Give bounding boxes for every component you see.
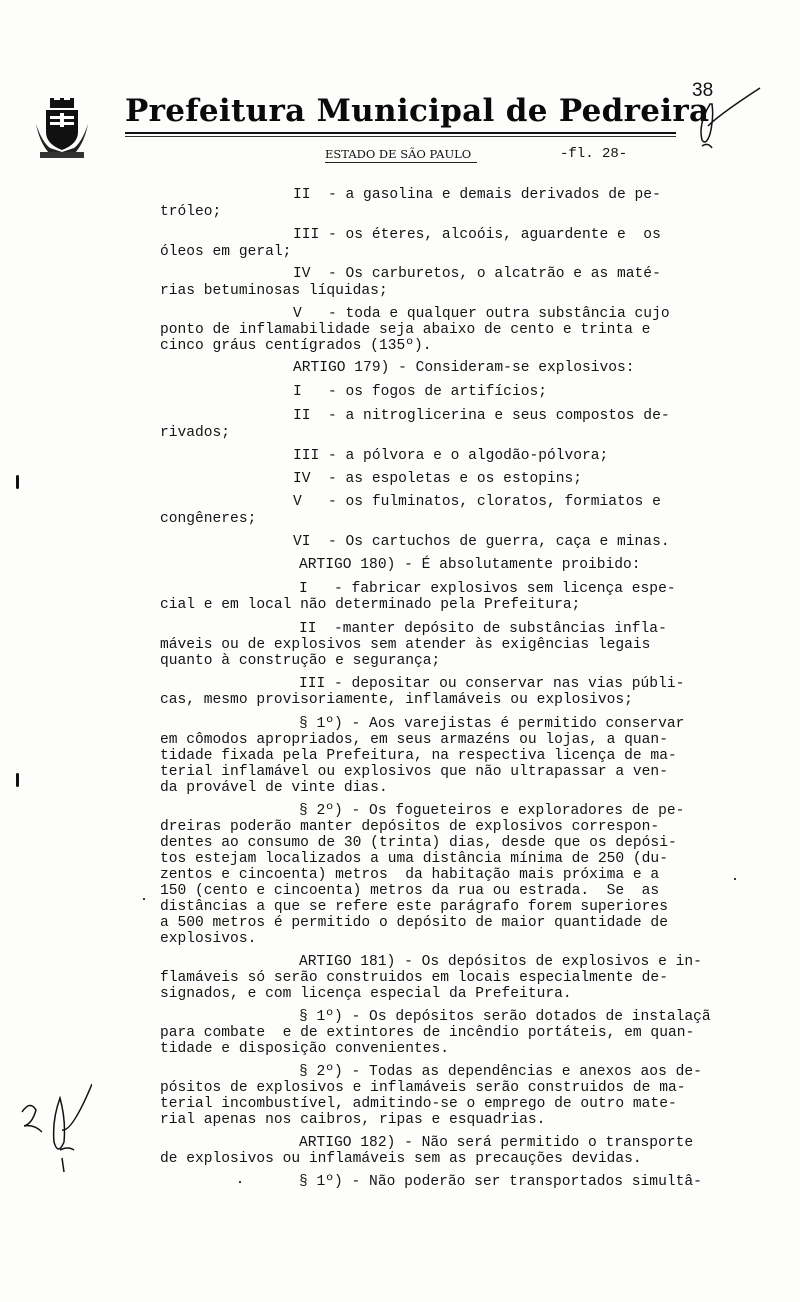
text-line: a 500 metros é permitido o depósito de m…: [160, 915, 668, 931]
text-line: § 1º) - Não poderão ser transportados si…: [299, 1174, 702, 1190]
signature-initials-icon: [690, 84, 770, 154]
state-label: ESTADO DE SÃO PAULO: [325, 147, 471, 161]
text-line: flamáveis só serão construidos em locais…: [160, 970, 668, 986]
folio-number: -fl. 28-: [560, 146, 627, 162]
text-line: tos estejam localizados a uma distância …: [160, 851, 668, 867]
letterhead-rule: [125, 132, 676, 134]
text-line: II - a gasolina e demais derivados de pe…: [293, 187, 661, 203]
text-line: tidade e disposição convenientes.: [160, 1041, 449, 1057]
text-line: rias betuminosas líquidas;: [160, 283, 388, 299]
text-line: máveis ou de explosivos sem atender às e…: [160, 637, 650, 653]
margin-mark: [16, 773, 19, 787]
text-line: rivados;: [160, 425, 230, 441]
scan-speck: [143, 898, 145, 900]
state-underline: [325, 162, 477, 163]
text-line: I - os fogos de artifícios;: [293, 384, 547, 400]
text-line: III - a pólvora e o algodão-pólvora;: [293, 448, 608, 464]
text-line: III - os éteres, alcoóis, aguardente e o…: [293, 227, 661, 243]
text-line: § 1º) - Aos varejistas é permitido conse…: [299, 716, 684, 732]
text-line: terial incombustível, admitindo-se o emp…: [160, 1096, 677, 1112]
text-line: cinco gráus centígrados (135º).: [160, 338, 432, 354]
text-line: óleos em geral;: [160, 244, 291, 260]
text-line: ARTIGO 181) - Os depósitos de explosivos…: [299, 954, 702, 970]
text-line: IV - as espoletas e os estopins;: [293, 471, 582, 487]
text-line: de explosivos ou inflamáveis sem as prec…: [160, 1151, 642, 1167]
text-line: para combate e de extintores de incêndio…: [160, 1025, 694, 1041]
text-line: cial e em local não determinado pela Pre…: [160, 597, 580, 613]
text-line: ARTIGO 182) - Não será permitido o trans…: [299, 1135, 693, 1151]
letterhead-rule-thin: [125, 136, 676, 137]
text-line: tidade fixada pela Prefeitura, na respec…: [160, 748, 677, 764]
text-line: ARTIGO 179) - Consideram-se explosivos:: [293, 360, 635, 376]
text-line: VI - Os cartuchos de guerra, caça e mina…: [293, 534, 670, 550]
text-line: dentes ao consumo de 30 (trinta) dias, d…: [160, 835, 677, 851]
text-line: pósitos de explosivos e inflamáveis serã…: [160, 1080, 685, 1096]
scan-speck: [239, 1181, 241, 1183]
margin-mark: [16, 475, 19, 489]
text-line: da provável de vinte dias.: [160, 780, 388, 796]
text-line: signados, e com licença especial da Pref…: [160, 986, 572, 1002]
text-line: distâncias a que se refere este parágraf…: [160, 899, 668, 915]
coat-of-arms-icon: [34, 98, 90, 160]
text-line: II -manter depósito de substâncias infla…: [299, 621, 667, 637]
text-line: I - fabricar explosivos sem licença espe…: [299, 581, 676, 597]
text-line: V - toda e qualquer outra substância cuj…: [293, 306, 670, 322]
document-page: Prefeitura Municipal de Pedreira ESTADO …: [0, 0, 800, 1302]
text-line: dreiras poderão manter depósitos de expl…: [160, 819, 659, 835]
text-line: ponto de inflamabilidade seja abaixo de …: [160, 322, 650, 338]
text-line: IV - Os carburetos, o alcatrão e as maté…: [293, 266, 661, 282]
text-line: congêneres;: [160, 511, 256, 527]
text-line: cas, mesmo provisoriamente, inflamáveis …: [160, 692, 633, 708]
letterhead-title: Prefeitura Municipal de Pedreira: [125, 93, 709, 129]
text-line: terial inflamável ou explosivos que não …: [160, 764, 668, 780]
text-line: § 2º) - Todas as dependências e anexos a…: [299, 1064, 702, 1080]
text-line: V - os fulminatos, cloratos, formiatos e: [293, 494, 661, 510]
text-line: II - a nitroglicerina e seus compostos d…: [293, 408, 670, 424]
text-line: quanto à construção e segurança;: [160, 653, 440, 669]
text-line: zentos e cincoenta) metros da habitação …: [160, 867, 659, 883]
signature-initials-icon: [12, 1080, 92, 1175]
text-line: III - depositar ou conservar nas vias pú…: [299, 676, 684, 692]
text-line: § 1º) - Os depósitos serão dotados de in…: [299, 1009, 711, 1025]
text-line: rial apenas nos caibros, ripas e esquadr…: [160, 1112, 545, 1128]
text-line: 150 (cento e cincoenta) metros da rua ou…: [160, 883, 659, 899]
text-line: ARTIGO 180) - É absolutamente proibido:: [299, 557, 641, 573]
text-line: explosivos.: [160, 931, 256, 947]
text-line: tróleo;: [160, 204, 221, 220]
text-line: em cômodos apropriados, em seus armazéns…: [160, 732, 668, 748]
text-line: § 2º) - Os fogueteiros e exploradores de…: [299, 803, 684, 819]
scan-speck: [734, 878, 736, 880]
